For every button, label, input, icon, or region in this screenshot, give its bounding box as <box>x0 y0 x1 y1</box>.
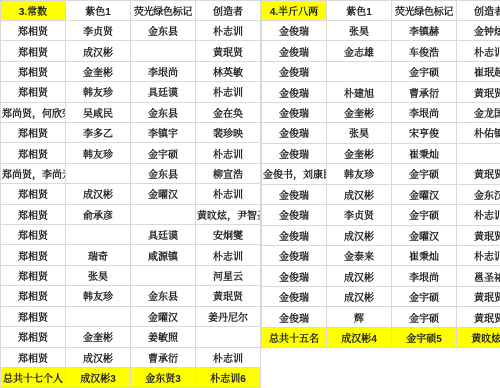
table-cell[interactable]: 金俊瑞 <box>262 245 327 265</box>
table-cell[interactable]: 朴志训 <box>196 21 261 41</box>
table-row: 郑相贤俞承彦黄旼炫，尹智圣 <box>1 204 261 224</box>
table-row: 郑相贤张昊河星云 <box>1 265 261 285</box>
table-cell[interactable]: 朴志训 <box>196 347 261 368</box>
table-cell[interactable]: 朴志训 <box>196 143 261 163</box>
table-cell[interactable]: 黄旼炫，尹智圣 <box>196 204 261 224</box>
table-cell[interactable] <box>131 265 196 285</box>
table-cell[interactable]: 金东县 <box>131 21 196 41</box>
table-cell[interactable]: 邕圣祐 <box>457 266 500 286</box>
table-cell[interactable]: 金俊瑞 <box>262 41 327 61</box>
table-cell[interactable]: 金俊瑞 <box>262 143 327 163</box>
table-cell[interactable]: 河星云 <box>196 265 261 285</box>
table-row: 金俊瑞金宇硕崔珉起 <box>262 61 500 81</box>
table-row: 金俊瑞张昊李镇赫金钟炫 <box>262 21 500 41</box>
table-cell[interactable]: 李镇宇 <box>131 123 196 143</box>
table-cell[interactable]: 金奎彬 <box>327 102 392 122</box>
table-cell[interactable]: 朴志训 <box>196 245 261 265</box>
table-cell[interactable]: 成汉彬 <box>327 225 392 245</box>
table-cell[interactable]: 金泰来 <box>327 245 392 265</box>
column-header-tiny[interactable]: 荧光绿色标记 <box>131 1 196 21</box>
table-cell[interactable]: 黄珉贤 <box>196 286 261 306</box>
table-cell[interactable]: 崔秉灿 <box>392 245 457 265</box>
table-cell[interactable]: 金钟炫 <box>457 21 500 41</box>
total-top-creator-cell[interactable]: 朴志训6 <box>196 368 261 388</box>
table-cell[interactable]: 李垠尚 <box>131 61 196 81</box>
table-row: 郑相贤韩友珍金宇硕朴志训 <box>1 143 261 163</box>
total-count-cell[interactable]: 总共十五名 <box>262 328 327 348</box>
table-row: 郑相贤成汉彬金曜汉朴志训 <box>1 184 261 204</box>
table-cell[interactable]: 金俊瑞 <box>262 225 327 245</box>
table-body: 金俊瑞张昊李镇赫金钟炫金俊瑞金志雄车俊浩朴志训金俊瑞金宇硕崔珉起金俊瑞朴建旭曹承… <box>262 21 500 328</box>
table-cell[interactable]: 成汉彬 <box>327 184 392 204</box>
table-row: 金俊瑞辉金宇硕黄珉贤 <box>262 307 500 328</box>
table-row: 金俊瑞金奎彬崔秉灿 <box>262 143 500 163</box>
column-header-creator[interactable]: 创造者 <box>196 1 261 21</box>
table-row: 郑相贤李贞贤金东县朴志训 <box>1 21 261 41</box>
table-cell[interactable]: 朴志训 <box>196 184 261 204</box>
table-cell[interactable]: 金俊瑞 <box>262 102 327 122</box>
table-body: 郑相贤李贞贤金东县朴志训郑相贤成汉彬黄珉贤郑相贤金奎彬李垠尚林英敏郑相贤韩友珍具… <box>1 21 261 368</box>
table-cell[interactable]: 郑相贤 <box>1 286 66 306</box>
table-cell[interactable]: 郑相贤 <box>1 204 66 224</box>
table-cell[interactable]: 金俊瑞 <box>262 21 327 41</box>
table-cell[interactable]: 金俊瑞 <box>262 205 327 225</box>
table-cell[interactable]: 金东县 <box>131 102 196 122</box>
column-header-purple1[interactable]: 紫色1 <box>66 1 131 21</box>
table-cell[interactable]: 黄珉贤 <box>457 286 500 306</box>
table-row: 郑尚贤，李尚元金东县柳宣浩 <box>1 163 261 183</box>
table-cell[interactable]: 金宇硕 <box>392 61 457 81</box>
table-cell[interactable]: 曹承衍 <box>392 82 457 102</box>
table-cell[interactable]: 朴志训 <box>457 205 500 225</box>
table-cell[interactable]: 成汉彬 <box>66 347 131 368</box>
table-cell[interactable]: 曹承衍 <box>131 347 196 368</box>
table-cell[interactable]: 金在奂 <box>196 102 261 122</box>
table-cell[interactable]: 郑尚贤，何欣荣 <box>1 102 66 122</box>
table-row: 郑尚贤，何欣荣吴咸民金东县金在奂 <box>1 102 261 122</box>
table-cell[interactable]: 黄珉贤 <box>457 225 500 245</box>
table-cell[interactable]: 黄珉贤 <box>457 164 500 184</box>
column-header-tiny[interactable]: 荧光绿色标记 <box>392 1 457 21</box>
table-row: 郑相贤金曜汉姜丹尼尔 <box>1 306 261 326</box>
table-header: 3.常数 紫色1 荧光绿色标记 创造者 <box>1 1 261 21</box>
table-cell[interactable]: 金宇硕 <box>392 286 457 306</box>
section-title-cell[interactable]: 3.常数 <box>1 1 66 21</box>
table-cell[interactable]: 李镇赫 <box>392 21 457 41</box>
table-cell[interactable]: 具廷谟 <box>131 82 196 102</box>
table-cell[interactable]: 成汉彬 <box>327 266 392 286</box>
table-cell[interactable]: 郑相贤 <box>1 306 66 326</box>
table-row: 金俊瑞李贞贤金宇硕朴志训 <box>262 205 500 225</box>
table-cell[interactable]: 郑相贤 <box>1 347 66 368</box>
table-cell[interactable]: 李贞贤 <box>327 205 392 225</box>
table-cell[interactable]: 郑相贤 <box>1 82 66 102</box>
totals-row: 总共十七个人 成汉彬3 金东贤3 朴志训6 <box>1 368 261 388</box>
table-cell[interactable]: 郑相贤 <box>1 184 66 204</box>
table-row: 郑相贤韩友珍金东县黄珉贤 <box>1 286 261 306</box>
table-cell[interactable]: 金奎彬 <box>327 143 392 163</box>
table-cell[interactable] <box>327 61 392 81</box>
table-cell[interactable]: 具廷谟 <box>131 225 196 245</box>
table-cell[interactable]: 郑相贤 <box>1 61 66 81</box>
total-top-purple1-cell[interactable]: 成汉彬4 <box>327 328 392 348</box>
table-row: 郑相贤成汉彬黄珉贤 <box>1 41 261 61</box>
table-cell[interactable]: 金宇硕 <box>392 164 457 184</box>
table-cell[interactable]: 裴珍映 <box>196 123 261 143</box>
table-cell[interactable]: 韩友珍 <box>66 286 131 306</box>
total-top-creator-cell[interactable]: 黄旼炫5 <box>457 328 500 348</box>
table-cell[interactable]: 安炯燮 <box>196 225 261 245</box>
table-cell[interactable] <box>66 225 131 245</box>
table-cell[interactable]: 吴咸民 <box>66 102 131 122</box>
table-cell[interactable]: 金曜汉 <box>131 184 196 204</box>
table-cell[interactable] <box>66 163 131 183</box>
table-cell[interactable]: 金曜汉 <box>392 225 457 245</box>
table-cell[interactable]: 李垠尚 <box>392 266 457 286</box>
spreadsheet-canvas: 3.常数 紫色1 荧光绿色标记 创造者 郑相贤李贞贤金东县朴志训郑相贤成汉彬黄珉… <box>0 0 500 388</box>
table-cell[interactable]: 李贞贤 <box>66 21 131 41</box>
table-cell[interactable]: 成汉彬 <box>66 41 131 61</box>
table-cell[interactable]: 朴佑镇 <box>457 123 500 143</box>
total-top-purple1-cell[interactable]: 成汉彬3 <box>66 368 131 388</box>
table-cell[interactable] <box>131 204 196 224</box>
table-row: 金俊瑞成汉彬金曜汉黄珉贤 <box>262 225 500 245</box>
table-cell[interactable]: 崔秉灿 <box>392 143 457 163</box>
table-row: 郑相贤金奎彬李垠尚林英敏 <box>1 61 261 81</box>
table-cell[interactable]: 张昊 <box>327 123 392 143</box>
table-cell[interactable]: 金俊书，刘康民 <box>262 164 327 184</box>
total-top-tiny-cell[interactable]: 金宇硕5 <box>392 328 457 348</box>
table-cell[interactable]: 金曜汉 <box>392 184 457 204</box>
header-row: 3.常数 紫色1 荧光绿色标记 创造者 <box>1 1 261 21</box>
table-row: 金俊瑞成汉彬金宇硕黄珉贤 <box>262 286 500 306</box>
table-cell[interactable]: 金俊瑞 <box>262 286 327 306</box>
table-cell[interactable]: 金龙国 <box>457 102 500 122</box>
table-cell[interactable]: 郑相贤 <box>1 245 66 265</box>
table-cell[interactable]: 成汉彬 <box>66 184 131 204</box>
table-row: 郑相贤成汉彬曹承衍朴志训 <box>1 347 261 368</box>
table-cell[interactable] <box>196 327 261 347</box>
table-cell[interactable]: 黄珉贤 <box>196 41 261 61</box>
table-cell[interactable]: 张昊 <box>66 265 131 285</box>
table-cell[interactable]: 柳宣浩 <box>196 163 261 183</box>
table-cell[interactable]: 金俊瑞 <box>262 61 327 81</box>
table-totals-row: 总共十五名 成汉彬4 金宇硕5 黄旼炫5 <box>262 328 500 348</box>
table-cell[interactable]: 黄珉贤 <box>457 307 500 328</box>
table-row: 金俊瑞朴建旭曹承衍黄珉贤 <box>262 82 500 102</box>
table-cell[interactable]: 成汉彬 <box>327 286 392 306</box>
table-cell[interactable]: 金曜汉 <box>131 306 196 326</box>
table-cell[interactable]: 姜敏照 <box>131 327 196 347</box>
total-count-cell[interactable]: 总共十七个人 <box>1 368 66 388</box>
table-cell[interactable]: 姜丹尼尔 <box>196 306 261 326</box>
header-row: 4.半斤八两 紫色1 荧光绿色标记 创造者 <box>262 1 500 21</box>
table-cell[interactable] <box>66 306 131 326</box>
section-title-cell[interactable]: 4.半斤八两 <box>262 1 327 21</box>
table-row: 金俊瑞金奎彬李垠尚金龙国 <box>262 102 500 122</box>
table-cell[interactable]: 韩友珍 <box>327 164 392 184</box>
table-cell[interactable]: 金宇硕 <box>392 307 457 328</box>
table-row: 郑相贤李多乙李镇宇裴珍映 <box>1 123 261 143</box>
table-changshu: 3.常数 紫色1 荧光绿色标记 创造者 郑相贤李贞贤金东县朴志训郑相贤成汉彬黄珉… <box>0 0 261 388</box>
table-cell[interactable]: 辉 <box>327 307 392 328</box>
table-cell[interactable]: 金东县 <box>131 163 196 183</box>
table-cell[interactable]: 金俊瑞 <box>262 307 327 328</box>
table-cell[interactable]: 金宇硕 <box>131 143 196 163</box>
table-cell[interactable]: 金东汉 <box>457 184 500 204</box>
table-cell[interactable]: 郑相贤 <box>1 143 66 163</box>
column-header-creator[interactable]: 创造者 <box>457 1 500 21</box>
table-cell[interactable]: 俞承彦 <box>66 204 131 224</box>
table-cell[interactable]: 郑相贤 <box>1 123 66 143</box>
table-cell[interactable]: 朴志训 <box>457 245 500 265</box>
table-row: 郑相贤具廷谟安炯燮 <box>1 225 261 245</box>
table-cell[interactable]: 郑相贤 <box>1 327 66 347</box>
table-cell[interactable]: 韩友珍 <box>66 143 131 163</box>
table-cell[interactable]: 林英敏 <box>196 61 261 81</box>
column-header-purple1[interactable]: 紫色1 <box>327 1 392 21</box>
table-row: 金俊瑞成汉彬金曜汉金东汉 <box>262 184 500 204</box>
table-cell[interactable]: 车俊浩 <box>392 41 457 61</box>
table-cell[interactable]: 朴志训 <box>457 41 500 61</box>
table-totals-row: 总共十七个人 成汉彬3 金东贤3 朴志训6 <box>1 368 261 388</box>
table-header: 4.半斤八两 紫色1 荧光绿色标记 创造者 <box>262 1 500 21</box>
table-cell[interactable] <box>131 41 196 61</box>
table-cell[interactable]: 朴建旭 <box>327 82 392 102</box>
table-cell[interactable]: 瑞奇 <box>66 245 131 265</box>
table-row: 郑相贤金奎彬姜敏照 <box>1 327 261 347</box>
table-cell[interactable] <box>457 143 500 163</box>
table-cell[interactable]: 朴志训 <box>196 82 261 102</box>
table-cell[interactable]: 金俊瑞 <box>262 123 327 143</box>
table-cell[interactable]: 郑相贤 <box>1 225 66 245</box>
table-cell[interactable]: 李垠尚 <box>392 102 457 122</box>
table-row: 金俊瑞金泰来崔秉灿朴志训 <box>262 245 500 265</box>
table-cell[interactable]: 宋亨俊 <box>392 123 457 143</box>
table-cell[interactable]: 金奎彬 <box>66 327 131 347</box>
table-row: 金俊瑞成汉彬李垠尚邕圣祐 <box>262 266 500 286</box>
table-banjinbaliang: 4.半斤八两 紫色1 荧光绿色标记 创造者 金俊瑞张昊李镇赫金钟炫金俊瑞金志雄车… <box>261 0 500 348</box>
table-cell[interactable]: 郑相贤 <box>1 21 66 41</box>
table-cell[interactable]: 金俊瑞 <box>262 184 327 204</box>
table-row: 郑相贤瑞奇咸源镇朴志训 <box>1 245 261 265</box>
table-cell[interactable]: 李多乙 <box>66 123 131 143</box>
table-cell[interactable]: 郑尚贤，李尚元 <box>1 163 66 183</box>
table-row: 金俊瑞张昊宋亨俊朴佑镇 <box>262 123 500 143</box>
table-cell[interactable]: 金东县 <box>131 286 196 306</box>
table-cell[interactable]: 韩友珍 <box>66 82 131 102</box>
table-cell[interactable]: 金奎彬 <box>66 61 131 81</box>
table-cell[interactable]: 郑相贤 <box>1 265 66 285</box>
table-cell[interactable]: 崔珉起 <box>457 61 500 81</box>
table-cell[interactable]: 金宇硕 <box>392 205 457 225</box>
table-row: 金俊书，刘康民韩友珍金宇硕黄珉贤 <box>262 164 500 184</box>
table-row: 金俊瑞金志雄车俊浩朴志训 <box>262 41 500 61</box>
total-top-tiny-cell[interactable]: 金东贤3 <box>131 368 196 388</box>
table-cell[interactable]: 黄珉贤 <box>457 82 500 102</box>
table-cell[interactable]: 张昊 <box>327 21 392 41</box>
table-cell[interactable]: 咸源镇 <box>131 245 196 265</box>
table-cell[interactable]: 金俊瑞 <box>262 266 327 286</box>
table-cell[interactable]: 金俊瑞 <box>262 82 327 102</box>
table-row: 郑相贤韩友珍具廷谟朴志训 <box>1 82 261 102</box>
totals-row: 总共十五名 成汉彬4 金宇硕5 黄旼炫5 <box>262 328 500 348</box>
table-cell[interactable]: 金志雄 <box>327 41 392 61</box>
table-cell[interactable]: 郑相贤 <box>1 41 66 61</box>
